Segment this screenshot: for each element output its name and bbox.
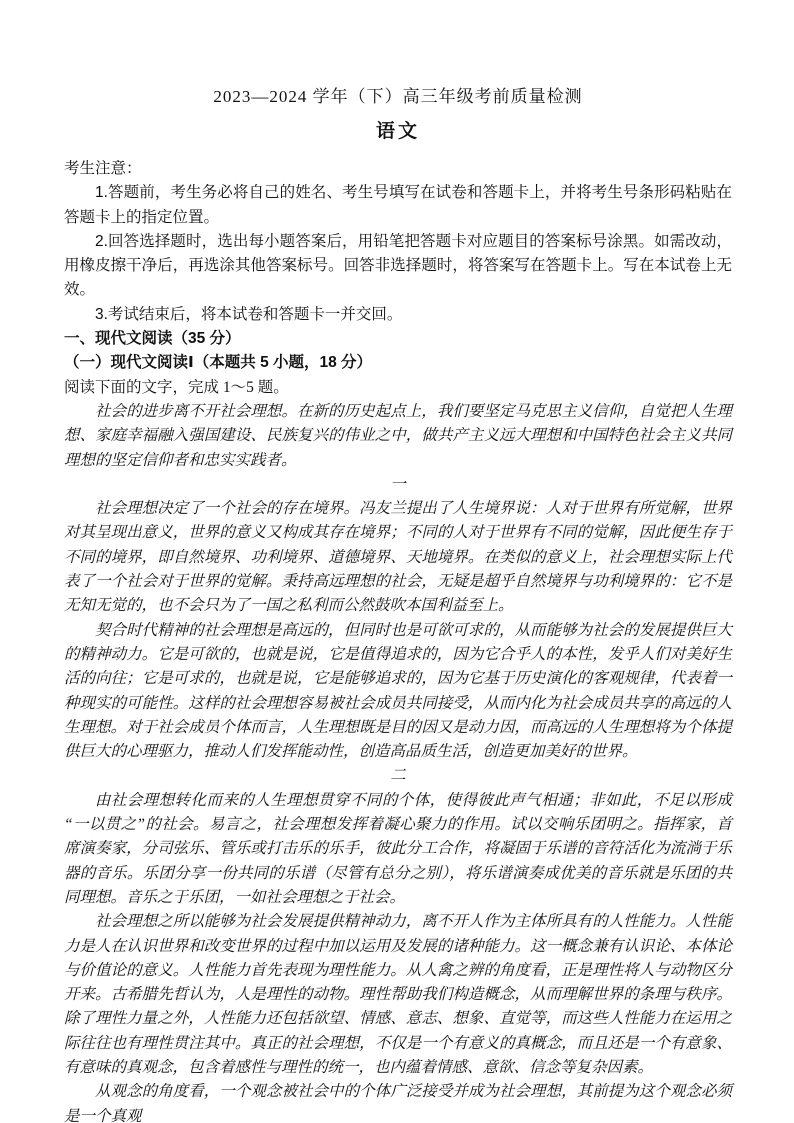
notice-item-1: 1.答题前，考生务必将自己的姓名、考生号填写在试卷和答题卡上，并将考生号条形码粘… [64, 181, 732, 230]
subject-title: 语文 [64, 119, 732, 145]
notice-item-3: 3.考试结束后，将本试卷和答题卡一并交回。 [64, 303, 732, 327]
passage-part-two-paragraph-2: 社会理想之所以能够为社会发展提供精神动力，离不开人作为主体所具有的人性能力。人性… [64, 910, 732, 1080]
passage-part-heading-two: 二 [64, 764, 732, 788]
passage-part-heading-one: 一 [64, 473, 732, 497]
passage-part-one-paragraph-1: 社会理想决定了一个社会的存在境界。冯友兰提出了人生境界说：人对于世界有所觉解，世… [64, 497, 732, 618]
subsection-heading-reading-1: （一）现代文阅读Ⅰ（本题共 5 小题，18 分） [64, 351, 732, 375]
page-title: 2023—2024 学年（下）高三年级考前质量检测 [64, 85, 732, 109]
notice-item-2: 2.回答选择题时，选出每小题答案后，用铅笔把答题卡对应题目的答案标号涂黑。如需改… [64, 230, 732, 303]
candidate-notice-section: 考生注意： 1.答题前，考生务必将自己的姓名、考生号填写在试卷和答题卡上，并将考… [64, 157, 732, 327]
passage-part-one-paragraph-2: 契合时代精神的社会理想是高远的，但同时也是可欲可求的，从而能够为社会的发展提供巨… [64, 619, 732, 765]
reading-passage: 社会的进步离不开社会理想。在新的历史起点上，我们要坚定马克思主义信仰，自觉把人生… [64, 400, 732, 1123]
notice-label: 考生注意： [64, 157, 732, 181]
passage-part-two-paragraph-1: 由社会理想转化而来的人生理想贯穿不同的个体，使得彼此声气相通；非如此，不足以形成… [64, 789, 732, 910]
passage-part-two-paragraph-3: 从观念的角度看，一个观念被社会中的个体广泛接受并成为社会理想，其前提为这个观念必… [64, 1080, 732, 1123]
passage-intro-paragraph: 社会的进步离不开社会理想。在新的历史起点上，我们要坚定马克思主义信仰，自觉把人生… [64, 400, 732, 473]
exam-paper-page: 2023—2024 学年（下）高三年级考前质量检测 语文 考生注意： 1.答题前… [0, 0, 794, 1123]
section-heading-modern-reading: 一、现代文阅读（35 分） [64, 327, 732, 351]
reading-instruction: 阅读下面的文字，完成 1～5 题。 [64, 376, 732, 400]
